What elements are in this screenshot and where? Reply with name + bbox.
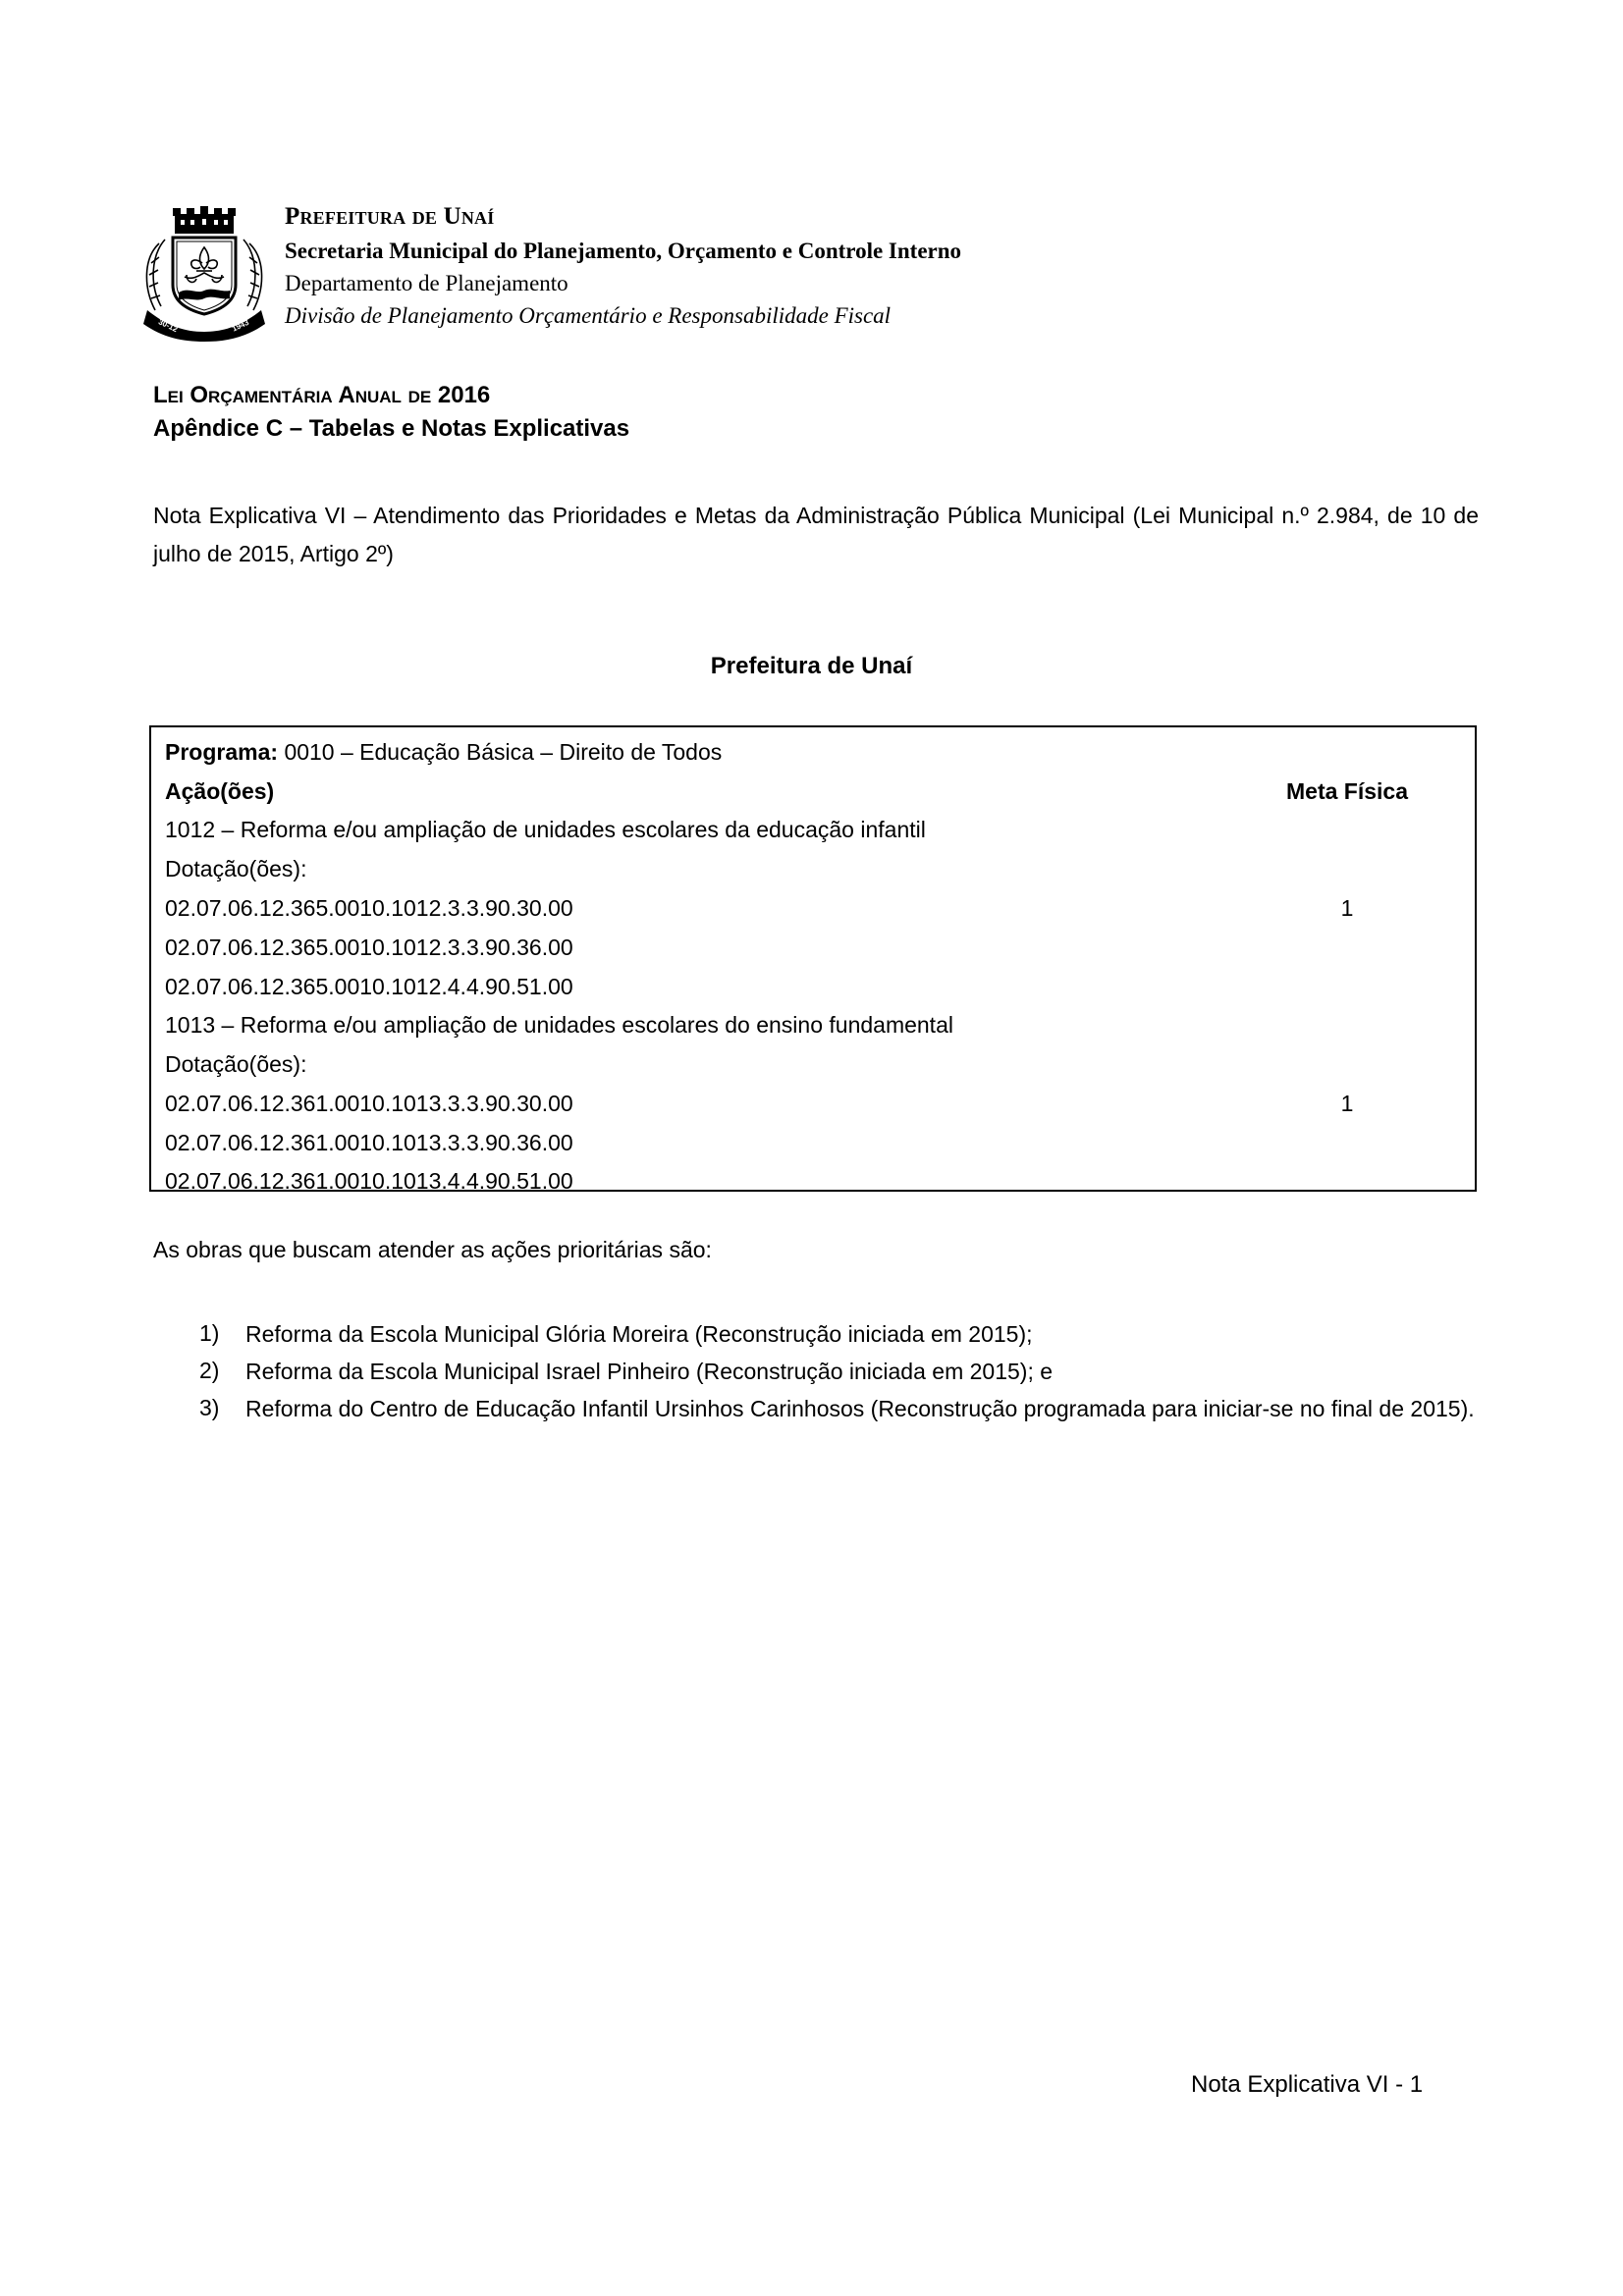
- meta-fisica-value: 1: [1271, 1093, 1424, 1115]
- intro-paragraph: Nota Explicativa VI – Atendimento das Pr…: [153, 497, 1479, 573]
- actions-header: Ação(ões): [165, 780, 274, 803]
- document-subtitle: Apêndice C – Tabelas e Notas Explicativa…: [153, 417, 629, 441]
- dotacao-code: 02.07.06.12.365.0010.1012.3.3.90.30.00: [165, 897, 573, 920]
- dotacao-code: 02.07.06.12.361.0010.1013.3.3.90.30.00: [165, 1093, 573, 1115]
- program-value: 0010 – Educação Básica – Direito de Todo…: [284, 739, 722, 765]
- program-table: Programa: 0010 – Educação Básica – Direi…: [149, 725, 1477, 1192]
- dotacoes-label: Dotação(ões):: [165, 858, 306, 881]
- svg-text:UNAÍ: UNAÍ: [191, 320, 219, 333]
- list-item-number: 2): [199, 1360, 219, 1382]
- letterhead-secretaria: Secretaria Municipal do Planejamento, Or…: [285, 240, 961, 262]
- action-title: 1013 – Reforma e/ou ampliação de unidade…: [165, 1014, 953, 1037]
- letterhead-departamento: Departamento de Planejamento: [285, 272, 568, 294]
- program-label: Programa:: [165, 739, 278, 765]
- page-footer: Nota Explicativa VI - 1: [1191, 2073, 1423, 2097]
- dotacao-code: 02.07.06.12.365.0010.1012.3.3.90.36.00: [165, 936, 573, 959]
- municipal-coat-of-arms-icon: UNAÍ 30-12 1943: [137, 204, 271, 342]
- list-item: Reforma da Escola Municipal Israel Pinhe…: [245, 1353, 1483, 1390]
- action-title: 1012 – Reforma e/ou ampliação de unidade…: [165, 819, 926, 841]
- list-item-number: 3): [199, 1397, 219, 1419]
- list-item-number: 1): [199, 1322, 219, 1345]
- dotacao-code: 02.07.06.12.365.0010.1012.4.4.90.51.00: [165, 976, 573, 998]
- dotacao-code: 02.07.06.12.361.0010.1013.3.3.90.36.00: [165, 1132, 573, 1154]
- list-item: Reforma do Centro de Educação Infantil U…: [245, 1390, 1483, 1427]
- program-row: Programa: 0010 – Educação Básica – Direi…: [165, 741, 722, 764]
- list-item: Reforma da Escola Municipal Glória Morei…: [245, 1315, 1483, 1353]
- meta-fisica-value: 1: [1271, 897, 1424, 920]
- obras-intro: As obras que buscam atender as ações pri…: [153, 1239, 712, 1261]
- letterhead-organization: Prefeitura de Unaí: [285, 204, 494, 229]
- dotacao-code: 02.07.06.12.361.0010.1013.4.4.90.51.00: [165, 1170, 573, 1193]
- meta-fisica-header: Meta Física: [1271, 780, 1424, 803]
- letterhead-divisao: Divisão de Planejamento Orçamentário e R…: [285, 304, 891, 327]
- dotacoes-label: Dotação(ões):: [165, 1053, 306, 1076]
- entity-heading: Prefeitura de Unaí: [0, 655, 1623, 678]
- document-title: Lei Orçamentária Anual de 2016: [153, 384, 490, 407]
